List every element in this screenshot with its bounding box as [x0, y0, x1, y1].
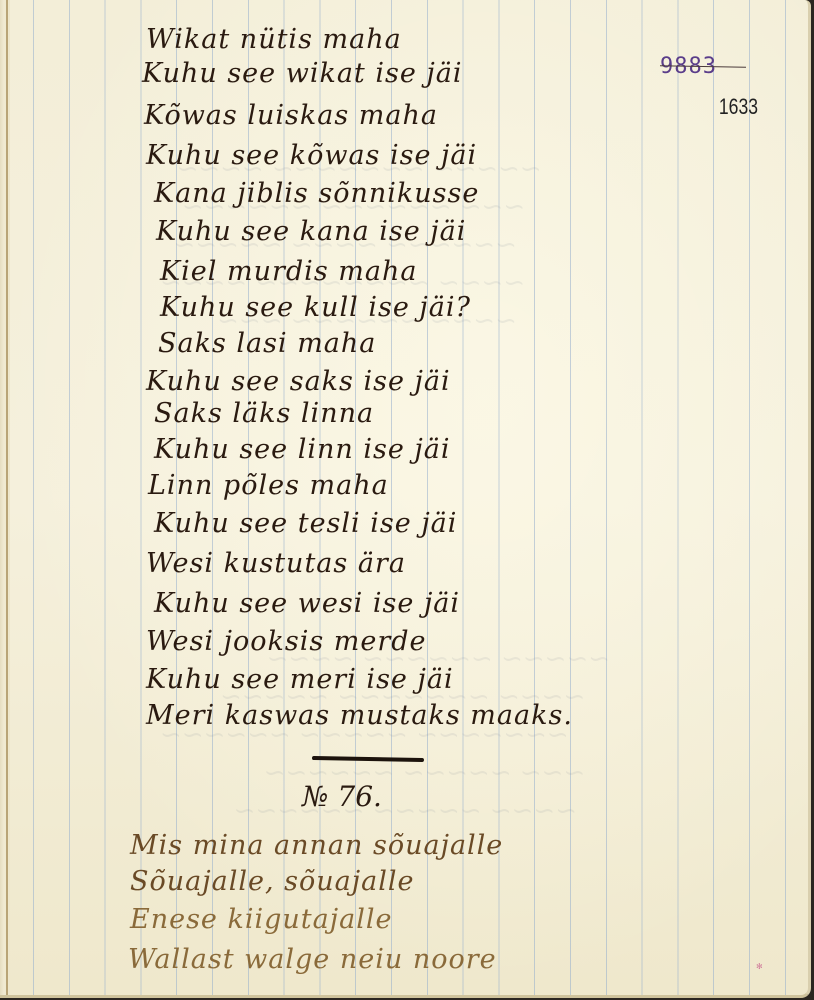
verse-line: Saks läks linna [154, 398, 374, 429]
verse-line: Kuhu see kana ise jäi [156, 216, 466, 247]
verse-line: Mis mina annan sõuajalle [130, 830, 503, 861]
verse-line: Saks lasi maha [158, 328, 376, 359]
verse-line: Kõwas luiskas maha [144, 100, 438, 131]
verse-line: Kuhu see tesli ise jäi [154, 508, 457, 539]
verse-line: Kuhu see wesi ise jäi [154, 588, 460, 619]
verse-line: Enese kiigutajalle [130, 904, 392, 935]
manuscript-page: ~~~~~ ~~~~~~~ ~~~~ ~~~ ~~~~~~ ~~~~~~ ~~~… [0, 0, 811, 998]
verse-line: Kuhu see wikat ise jäi [142, 58, 463, 89]
verse-line: Kuhu see saks ise jäi [146, 366, 451, 397]
red-ink-mark: ✻ [756, 963, 766, 973]
verse-line: Wesi jooksis merde [146, 626, 427, 657]
verse-line: Linn põles maha [148, 470, 389, 501]
verse-line: Kuhu see kõwas ise jäi [146, 140, 477, 171]
verse-line: Kana jiblis sõnnikusse [154, 178, 479, 209]
verse-line: Sõuajalle, sõuajalle [130, 866, 414, 897]
verse-line: Kuhu see linn ise jäi [154, 434, 451, 465]
song-number-heading: № 76. [302, 780, 382, 813]
verse-line: Meri kaswas mustaks maaks. [146, 700, 573, 731]
page-number: 1633 [719, 94, 758, 120]
verse-line: Kuhu see meri ise jäi [146, 664, 454, 695]
verse-line: Wallast walge neiu noore [128, 944, 497, 975]
verse-line: Wikat nütis maha [146, 24, 402, 55]
verse-line: Kuhu see kull ise jäi? [160, 292, 471, 323]
verse-line: Wesi kustutas ära [146, 548, 406, 579]
verse-line: Kiel murdis maha [160, 256, 417, 287]
